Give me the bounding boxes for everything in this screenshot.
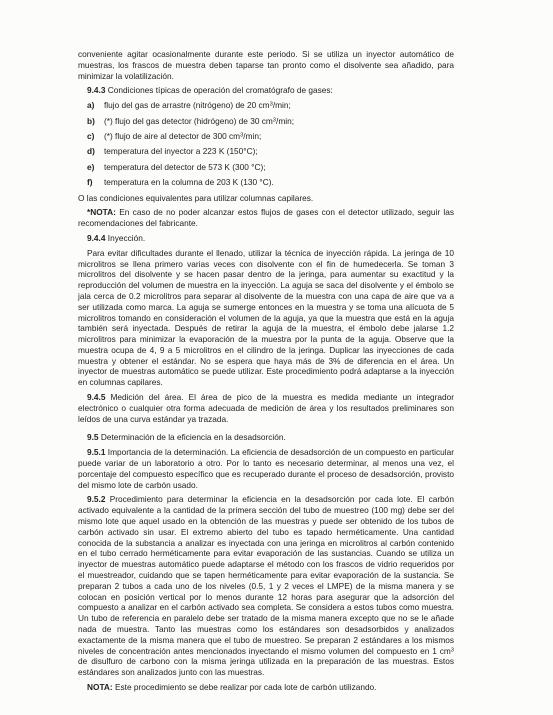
condition-text-pre: temperatura del inyector a 223 K (150°C)… xyxy=(104,146,258,156)
condition-text-pre: temperatura del detector de 573 K (300 °… xyxy=(104,162,266,172)
page-background: conveniente agitar ocasionalmente durant… xyxy=(0,0,553,715)
final-note: NOTA: Este procedimiento se debe realiza… xyxy=(78,682,454,693)
paragraph-9-5-1-text: Importancia de la determinación. La efic… xyxy=(78,447,454,489)
list-item-c: c) (*) flujo de aire al detector de 300 … xyxy=(78,131,454,142)
section-heading-9-4-3: 9.4.3 Condiciones típicas de operación d… xyxy=(78,85,454,96)
list-item-letter: a) xyxy=(87,100,104,111)
final-note-label: NOTA: xyxy=(87,682,113,692)
list-item-letter: f) xyxy=(87,177,104,188)
footnote-label: *NOTA: xyxy=(87,207,116,217)
paragraph-9-5-1: 9.5.1 Importancia de la determinación. L… xyxy=(78,447,454,490)
condition-text-post: /min; xyxy=(273,100,291,110)
list-item-a: a) flujo del gas de arrastre (nitrógeno)… xyxy=(78,100,454,111)
condition-text-pre: flujo del gas de arrastre (nitrógeno) de… xyxy=(104,100,270,110)
paragraph-injection: Para evitar dificultades durante el llen… xyxy=(78,248,454,388)
list-item-text: (*) flujo del gas detector (hidrógeno) d… xyxy=(104,116,454,127)
list-item-d: d) temperatura del inyector a 223 K (150… xyxy=(78,146,454,157)
condition-text-post: /min; xyxy=(276,116,294,126)
list-item-text: flujo del gas de arrastre (nitrógeno) de… xyxy=(104,100,454,111)
list-item-text: temperatura del detector de 573 K (300 °… xyxy=(104,162,454,173)
page-text-block: conveniente agitar ocasionalmente durant… xyxy=(78,49,454,697)
list-item-b: b) (*) flujo del gas detector (hidrógeno… xyxy=(78,116,454,127)
list-item-text: temperatura del inyector a 223 K (150°C)… xyxy=(104,146,454,157)
paragraph-9-5-2-pre: Procedimiento para determinar la eficien… xyxy=(78,494,454,655)
list-item-letter: e) xyxy=(87,162,104,173)
section-title-9-4-3: Condiciones típicas de operación del cro… xyxy=(108,85,333,95)
section-number-9-4-3: 9.4.3 xyxy=(87,85,105,95)
section-number-9-4-4: 9.4.4 xyxy=(87,233,105,243)
list-item-letter: b) xyxy=(87,116,104,127)
condition-text-pre: (*) flujo del gas detector (hidrógeno) d… xyxy=(104,116,273,126)
gc-conditions-list: a) flujo del gas de arrastre (nitrógeno)… xyxy=(78,100,454,188)
condition-text-post: /min; xyxy=(243,131,261,141)
condition-text-pre: (*) flujo de aire al detector de 300 cm xyxy=(104,131,240,141)
final-note-text: Este procedimiento se debe realizar por … xyxy=(115,682,377,692)
paragraph-continuation: conveniente agitar ocasionalmente durant… xyxy=(78,49,454,81)
section-number-9-5-2: 9.5.2 xyxy=(87,494,105,504)
superscript-exponent: 3 xyxy=(451,647,454,653)
footnote-nota: *NOTA: En caso de no poder alcanzar esto… xyxy=(78,207,454,229)
paragraph-9-4-5-text: Medición del área. El área de pico de la… xyxy=(78,392,454,424)
equivalent-conditions-line: O las condiciones equivalentes para util… xyxy=(78,193,454,204)
section-heading-9-4-4: 9.4.4 Inyección. xyxy=(78,233,454,244)
paragraph-9-4-5: 9.4.5 Medición del área. El área de pico… xyxy=(78,392,454,424)
section-number-9-5: 9.5 xyxy=(87,432,99,442)
list-item-f: f) temperatura en la columna de 203 K (1… xyxy=(78,177,454,188)
list-item-letter: c) xyxy=(87,131,104,142)
section-number-9-5-1: 9.5.1 xyxy=(87,447,105,457)
scanned-document-page: { "colors": { "paper": "#fcfcfb", "ink":… xyxy=(0,0,553,715)
paragraph-9-5-2: 9.5.2 Procedimiento para determinar la e… xyxy=(78,494,454,678)
paragraph-9-5-2-post: de disulfuro de carbono con la misma jer… xyxy=(78,656,454,677)
section-title-9-5: Determinación de la eficiencia en la des… xyxy=(101,432,286,442)
section-title-9-4-4: Inyección. xyxy=(108,233,145,243)
section-number-9-4-5: 9.4.5 xyxy=(87,392,105,402)
list-item-text: temperatura en la columna de 203 K (130 … xyxy=(104,177,454,188)
list-item-text: (*) flujo de aire al detector de 300 cm3… xyxy=(104,131,454,142)
list-item-e: e) temperatura del detector de 573 K (30… xyxy=(78,162,454,173)
footnote-text: En caso de no poder alcanzar estos flujo… xyxy=(78,207,454,228)
section-heading-9-5: 9.5 Determinación de la eficiencia en la… xyxy=(78,432,454,443)
condition-text-pre: temperatura en la columna de 203 K (130 … xyxy=(104,177,274,187)
list-item-letter: d) xyxy=(87,146,104,157)
